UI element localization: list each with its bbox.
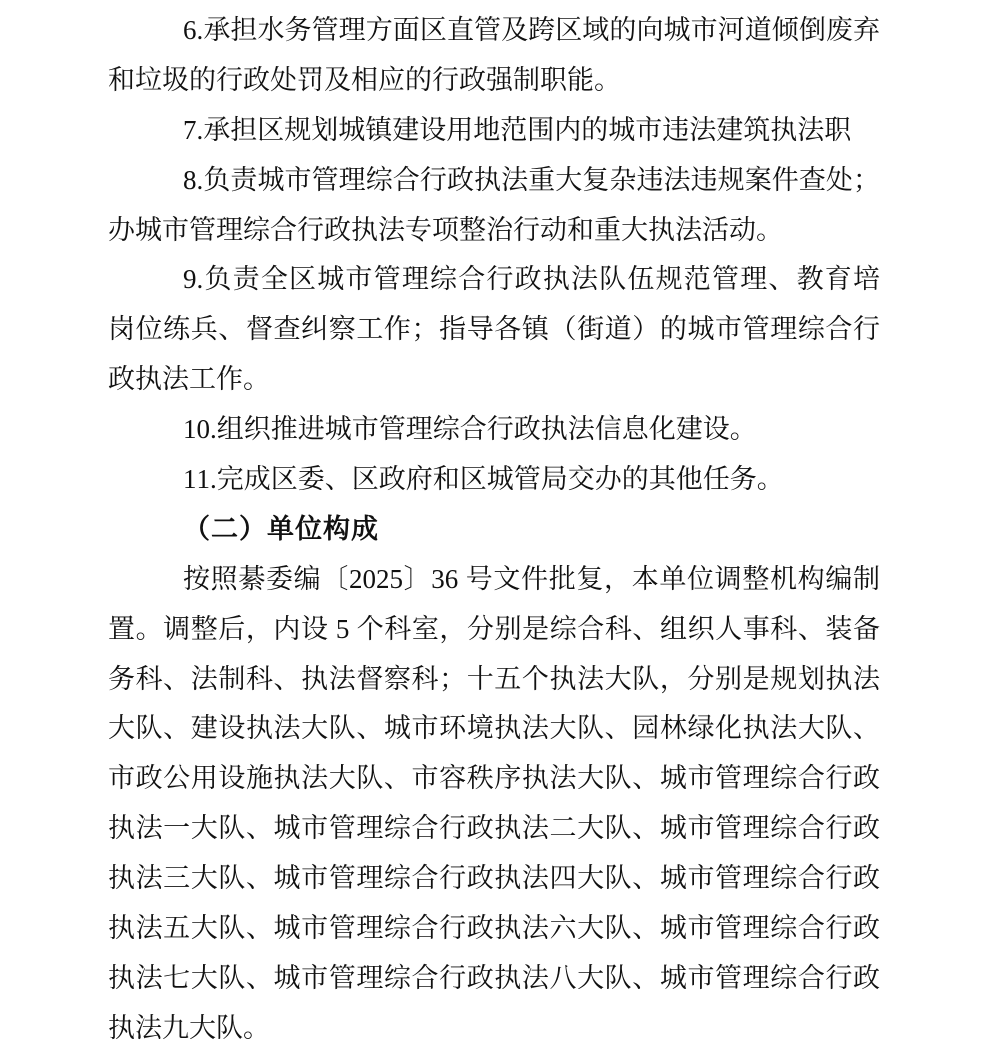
text-line: 办城市管理综合行政执法专项整治行动和重大执法活动。 xyxy=(108,206,880,256)
paragraph-item-8: 8.负责城市管理综合行政执法重大复杂违法违规案件查处；承办城市管理综合行政执法专… xyxy=(108,156,880,256)
paragraph-item-11: 11.完成区委、区政府和区城管局交办的其他任务。 xyxy=(108,455,880,505)
text-line: 和垃圾的行政处罚及相应的行政强制职能。 xyxy=(108,56,880,106)
text-line: 岗位练兵、督查纠察工作；指导各镇（街道）的城市管理综合行 xyxy=(108,305,880,355)
text-line: 市政公用设施执法大队、市容秩序执法大队、城市管理综合行政 xyxy=(108,754,880,804)
text-line: 执法九大队。 xyxy=(108,1004,880,1051)
text-line: 10.组织推进城市管理综合行政执法信息化建设。 xyxy=(108,405,880,455)
text-line: 7.承担区规划城镇建设用地范围内的城市违法建筑执法职责。 xyxy=(108,106,880,156)
text-line: 11.完成区委、区政府和区城管局交办的其他任务。 xyxy=(108,455,880,505)
text-line: 务科、法制科、执法督察科；十五个执法大队，分别是规划执法 xyxy=(108,655,880,705)
paragraph-item-7: 7.承担区规划城镇建设用地范围内的城市违法建筑执法职责。 xyxy=(108,106,880,156)
text-line: 大队、建设执法大队、城市环境执法大队、园林绿化执法大队、 xyxy=(108,704,880,754)
document-body: 6.承担水务管理方面区直管及跨区域的向城市河道倾倒废弃物和垃圾的行政处罚及相应的… xyxy=(108,6,880,1051)
text-line: （二）单位构成 xyxy=(108,505,880,555)
text-line: 6.承担水务管理方面区直管及跨区域的向城市河道倾倒废弃物 xyxy=(108,6,880,56)
text-line: 9.负责全区城市管理综合行政执法队伍规范管理、教育培训、 xyxy=(108,255,880,305)
paragraph-unit-composition: 按照綦委编〔2025〕36 号文件批复，本单位调整机构编制设置。调整后，内设 5… xyxy=(108,555,880,1051)
text-line: 执法七大队、城市管理综合行政执法八大队、城市管理综合行政 xyxy=(108,954,880,1004)
text-line: 8.负责城市管理综合行政执法重大复杂违法违规案件查处；承 xyxy=(108,156,880,206)
paragraph-item-10: 10.组织推进城市管理综合行政执法信息化建设。 xyxy=(108,405,880,455)
text-line: 执法一大队、城市管理综合行政执法二大队、城市管理综合行政 xyxy=(108,804,880,854)
paragraph-section-2-heading: （二）单位构成 xyxy=(108,505,880,555)
text-line: 政执法工作。 xyxy=(108,355,880,405)
paragraph-item-6: 6.承担水务管理方面区直管及跨区域的向城市河道倾倒废弃物和垃圾的行政处罚及相应的… xyxy=(108,6,880,106)
text-line: 执法五大队、城市管理综合行政执法六大队、城市管理综合行政 xyxy=(108,904,880,954)
document-page: 6.承担水务管理方面区直管及跨区域的向城市河道倾倒废弃物和垃圾的行政处罚及相应的… xyxy=(0,0,1000,1051)
text-line: 执法三大队、城市管理综合行政执法四大队、城市管理综合行政 xyxy=(108,854,880,904)
paragraph-item-9: 9.负责全区城市管理综合行政执法队伍规范管理、教育培训、岗位练兵、督查纠察工作；… xyxy=(108,255,880,405)
text-line: 按照綦委编〔2025〕36 号文件批复，本单位调整机构编制设 xyxy=(108,555,880,605)
text-line: 置。调整后，内设 5 个科室，分别是综合科、组织人事科、装备财 xyxy=(108,605,880,655)
